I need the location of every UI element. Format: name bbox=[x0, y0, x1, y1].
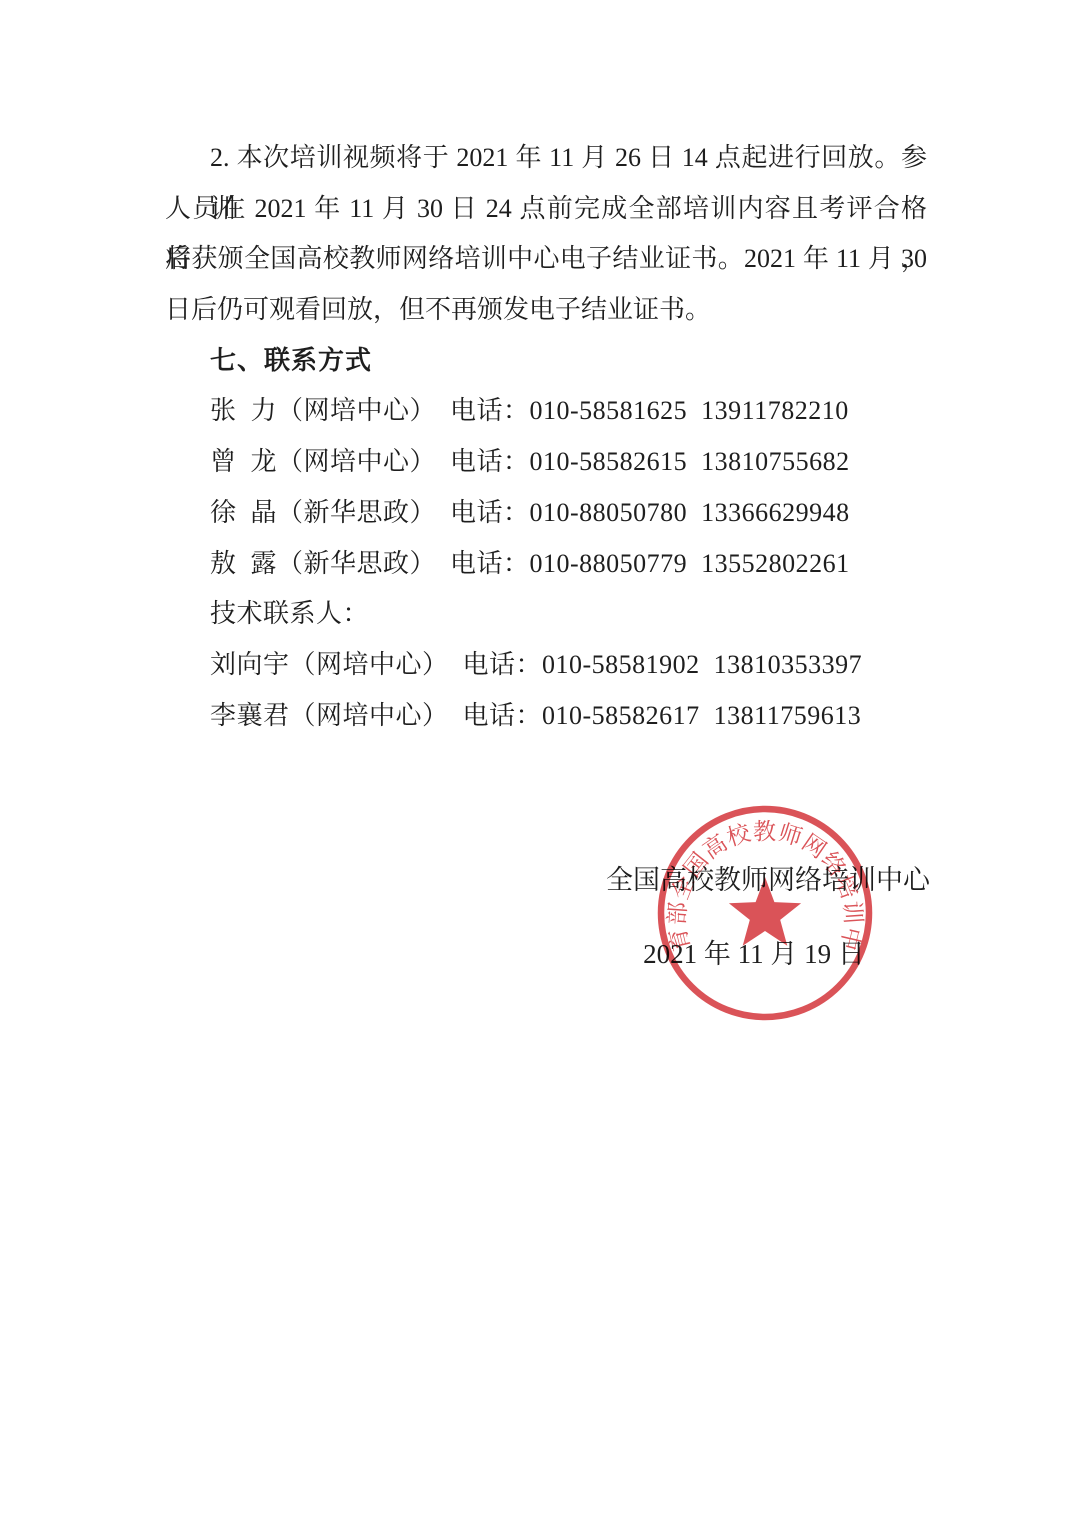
contact-line: 曾 龙（网培中心） 电话：010-58582615 13810755682 bbox=[165, 437, 927, 488]
tech-contacts-label: 技术联系人： bbox=[165, 589, 927, 640]
body-text-column: 2. 本次培训视频将于 2021 年 11 月 26 日 14 点起进行回放。参… bbox=[165, 133, 927, 741]
contact-line: 徐 晶（新华思政） 电话：010-88050780 13366629948 bbox=[165, 488, 927, 539]
tech-contact-line: 刘向宇（网培中心） 电话：010-58581902 13810353397 bbox=[165, 640, 927, 691]
section-heading: 七、联系方式 bbox=[165, 336, 927, 387]
paragraph-line: 2. 本次培训视频将于 2021 年 11 月 26 日 14 点起进行回放。参… bbox=[165, 133, 927, 184]
official-seal: 教育部全国高校教师网络培训中心 bbox=[652, 800, 878, 1026]
paragraph-line: 日后仍可观看回放，但不再颁发电子结业证书。 bbox=[165, 285, 927, 336]
contact-line: 张 力（网培中心） 电话：010-58581625 13911782210 bbox=[165, 386, 927, 437]
contact-line: 敖 露（新华思政） 电话：010-88050779 13552802261 bbox=[165, 539, 927, 590]
star-icon bbox=[729, 877, 801, 946]
paragraph-line: 将获颁全国高校教师网络培训中心电子结业证书。2021 年 11 月 30 bbox=[165, 234, 927, 285]
paragraph-line: 人员在 2021 年 11 月 30 日 24 点前完成全部培训内容且考评合格后… bbox=[165, 184, 927, 235]
document-page: 2. 本次培训视频将于 2021 年 11 月 26 日 14 点起进行回放。参… bbox=[0, 0, 1080, 1527]
tech-contact-line: 李襄君（网培中心） 电话：010-58582617 13811759613 bbox=[165, 691, 927, 742]
